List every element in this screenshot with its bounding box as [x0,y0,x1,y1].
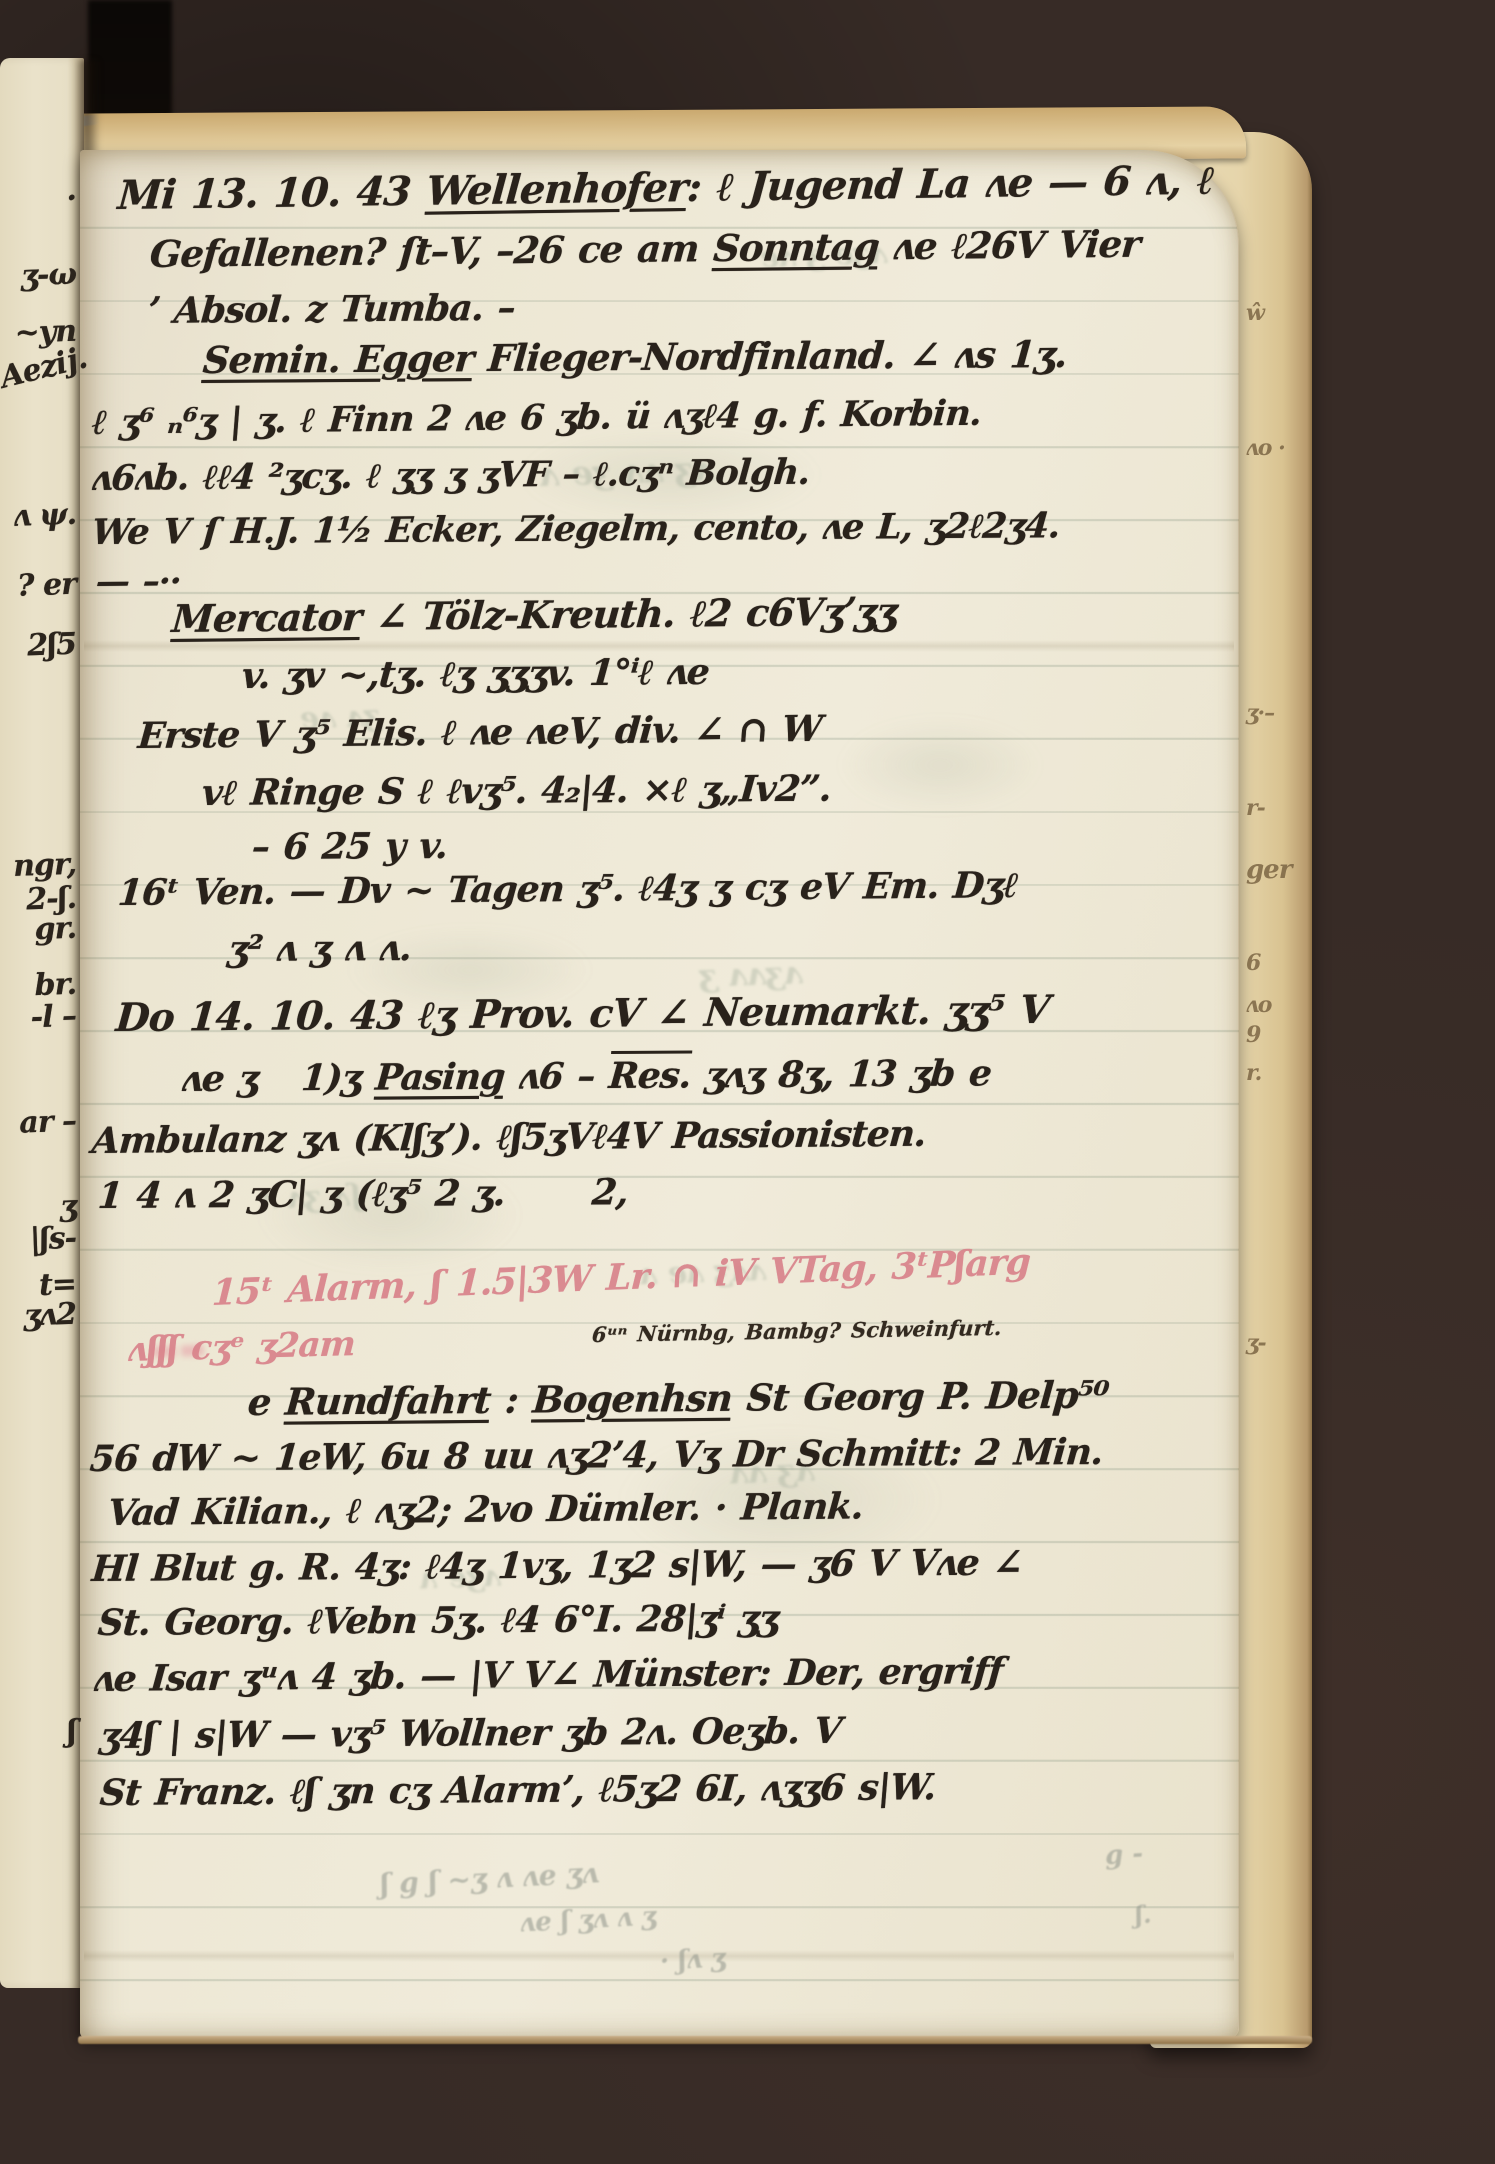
handwriting-segment: Bogenhsn [531,1376,734,1422]
handwriting-segment: Semin. Egger [201,336,475,382]
handwriting-segment: ʒʌʒ 8ʒ, 13 ʒb e [689,1052,993,1096]
bleedthrough-mark: ʃ. [1134,1900,1152,1930]
handwriting-segment: Res. [607,1050,692,1097]
handwriting-segment: Rundfahrt [284,1378,492,1424]
page-edge-ink-mark: ʒ·– [1246,700,1274,726]
handwriting-segment: We V ſ H.J. 1½ Ecker, Ziegelm, cento, ʌe… [90,505,1061,553]
paper-stain [840,720,1040,810]
handwriting-line: — –·· [94,561,182,602]
page-edge-ink-mark: 9 [1246,1022,1260,1048]
handwriting-line: ʌ6ʌb. ℓℓ4 ²ʒcʒ. ℓ ʒʒ ʒ ʒVF – ℓ.cʒⁿ Bolgh… [90,452,811,499]
handwriting-segment: : [489,1378,535,1422]
handwriting-line: 16ᵗ Ven. — Dv ~ Tagen ʒ⁵. ℓ4ʒ ʒ cʒ eV Em… [116,864,1019,914]
handwriting-segment: Mercator [170,594,363,641]
page-edge-ink-mark: r- [1246,795,1265,821]
previous-page-text-fragment: 2ʃ5 [0,627,77,665]
handwriting-line: ʒ² ʌ ʒ ʌ ʌ. [226,927,413,970]
handwriting-segment: St Franz. ℓʃ ʒn cʒ Alarmʼ, ℓ5ʒ2 6I, ʌʒʒ6… [98,1766,937,1814]
page-edge-ink-mark: 6 [1246,950,1260,976]
previous-page-text-fragment: ar – [0,1104,77,1142]
handwriting-line: 1 4 ʌ 2 ʒC| ʒ (ℓʒ⁵ 2 ʒ. 2, [96,1171,629,1217]
previous-page-text-fragment: · [0,181,77,219]
handwriting-segment: Wellenhofer [425,164,689,215]
scanned-notebook-photo: ʌʒe ʒ ʌeʌʒ ʌʌ ʒe ʌʒʌ ʌeʌʒʌʌ ʒʃʌ ʒʌ ʌʌʌʒ … [0,0,1495,2164]
handwriting-line: 56 dW ~ 1eW, 6u 8 uu ʌʒ2ʼ4, Vʒ Dr Schmit… [88,1431,1104,1480]
handwriting-line: ʌe ʒ 1)ʒ Pasing ʌ6 – Res. ʒʌʒ 8ʒ, 13 ʒb … [180,1052,992,1100]
handwriting-line: St Franz. ℓʃ ʒn cʒ Alarmʼ, ℓ5ʒ2 6I, ʌʒʒ6… [98,1766,937,1814]
page-edge-ink-mark: ʒ- [1246,1330,1266,1356]
handwriting-line: ʒ4ʃ | s|W — vʒ⁵ Wollner ʒb 2ʌ. Oeʒb. V [98,1710,842,1757]
handwriting-segment: e [246,1380,287,1424]
handwriting-segment: 16ᵗ Ven. — Dv ~ Tagen ʒ⁵. ℓ4ʒ ʒ cʒ eV Em… [116,864,1019,914]
handwriting-segment: ʌe Isar ʒᵘʌ 4 ʒb. — |V V∠ Münster: Der, … [92,1650,1004,1700]
page-edge-ink-mark: ʌo [1246,992,1271,1018]
bleedthrough-mark: g - [1104,1839,1144,1871]
paper-crease [84,640,1234,652]
handwriting-line: ʼ Absol. z Tumba. – [146,287,516,332]
handwriting-segment: Flieger-Nordfinland. ∠ ʌs 1ʒ. [471,332,1068,380]
handwriting-line: We V ſ H.J. 1½ Ecker, Ziegelm, cento, ʌe… [90,505,1061,553]
handwriting-segment: St Georg P. Delp⁵⁰ [730,1372,1110,1419]
handwriting-segment: ʌ6 – [503,1055,611,1098]
handwriting-segment: Erste V ʒ⁵ Elis. ℓ ʌe ʌeV, div. ∠ ∩ W [136,708,823,757]
handwriting-line: vℓ Ringe S ℓ ℓvʒ⁵. 4₂|4. ×ℓ ʒ„Iv2”. [200,768,832,814]
handwriting-line: Do 14. 10. 43 ℓʒ Prov. cV ∠ Neumarkt. ʒʒ… [114,987,1051,1041]
handwriting-line: ʌʃʃʃ cʒᵉ ʒ2am [127,1324,356,1370]
handwriting-segment: Pasing [374,1056,506,1099]
handwriting-segment: Ambulanz ʒʌ (Klʃʒʼ). ℓʃ5ʒVℓ4V Passionist… [90,1113,927,1162]
previous-page-text-fragment: ʃ [0,1714,77,1752]
handwriting-segment: Hl Blut g. R. 4ʒ: ℓ4ʒ 1vʒ, 1ʒ2 s|W, — ʒ6… [90,1542,1024,1590]
handwriting-line: – 6 25 y v. [250,825,449,868]
handwriting-segment: 1 4 ʌ 2 ʒC| ʒ (ℓʒ⁵ 2 ʒ. 2, [96,1171,629,1217]
previous-page-text-fragment: ? er [0,567,77,605]
handwriting-line: St. Georg. ℓVebn 5ʒ. ℓ4 6°I. 28|ʒⁱ ʒʒ [96,1597,779,1644]
handwriting-segment: ʒ4ʃ | s|W — vʒ⁵ Wollner ʒb 2ʌ. Oeʒb. V [98,1710,842,1757]
handwriting-segment: Sonntag [712,224,881,270]
handwriting-segment: ʌ6ʌb. ℓℓ4 ²ʒcʒ. ℓ ʒʒ ʒ ʒVF – ℓ.cʒⁿ Bolgh… [90,452,811,499]
handwriting-line: Hl Blut g. R. 4ʒ: ℓ4ʒ 1vʒ, 1ʒ2 s|W, — ʒ6… [90,1542,1024,1590]
previous-page-text-fragment: ʌ ψ. [0,497,77,535]
handwriting-segment: 56 dW ~ 1eW, 6u 8 uu ʌʒ2ʼ4, Vʒ Dr Schmit… [88,1431,1104,1480]
handwriting-line: Mercator ∠ Tölz-Kreuth. ℓ2 c6Vʒʼʒʒ [170,588,898,642]
handwriting-segment: ∠ Tölz-Kreuth. ℓ2 c6Vʒʼʒʒ [359,588,898,639]
handwriting-segment: v. ʒv ~,tʒ. ℓʒ ʒʒʒv. 1°ⁱℓ ʌe [240,651,710,697]
handwriting-segment: vℓ Ringe S ℓ ℓvʒ⁵. 4₂|4. ×ℓ ʒ„Iv2”. [200,768,832,814]
handwriting-line: v. ʒv ~,tʒ. ℓʒ ʒʒʒv. 1°ⁱℓ ʌe [240,651,710,697]
handwriting-segment: Do 14. 10. 43 ℓʒ Prov. cV ∠ Neumarkt. ʒʒ… [114,987,1051,1041]
handwriting-segment: ʒ² ʌ ʒ ʌ ʌ. [226,927,413,970]
handwriting-line: Semin. Egger Flieger-Nordfinland. ∠ ʌs 1… [201,332,1068,382]
page-edge-ink-mark: ŵ [1246,300,1264,326]
handwriting-segment: St. Georg. ℓVebn 5ʒ. ℓ4 6°I. 28|ʒⁱ ʒʒ [96,1597,779,1644]
handwriting-segment: Mi 13. 10. 43 [116,168,428,219]
handwriting-segment: ʌe ʒ 1)ʒ [180,1057,377,1100]
previous-page-text-fragment: ʒ-ω [0,257,77,295]
page-edge-ink-mark: ʌo · [1246,435,1285,461]
handwriting-segment: : ℓ Jugend La ʌe — 6 ʌ, ℓ [685,157,1215,211]
previous-page-text-fragment: -l – [0,999,77,1037]
previous-page-text-fragment: |ʃs- [0,1221,77,1259]
handwriting-segment: ʌʃʃʃ cʒᵉ ʒ2am [127,1324,356,1370]
handwriting-line: ʌe Isar ʒᵘʌ 4 ʒb. — |V V∠ Münster: Der, … [92,1650,1004,1700]
handwriting-segment: ʼ Absol. z Tumba. – [146,287,516,332]
page-edge-ink-mark: r. [1246,1060,1261,1086]
handwriting-segment: – 6 25 y v. [250,825,449,868]
previous-page-text-fragment: ngr, [0,847,77,885]
previous-page-text-fragment: ʒʌ2 [0,1297,77,1335]
handwriting-line: e Rundfahrt : Bogenhsn St Georg P. Delp⁵… [246,1372,1110,1423]
handwriting-segment: ʌe ℓ26V Vier [877,222,1141,269]
handwriting-line: Vad Kilian., ℓ ʌʒ2; 2vo Dümler. · Plank. [106,1485,864,1534]
bleedthrough-mark: · ʃʌ ʒ [659,1943,726,1976]
handwriting-segment: Gefallenen? ſt–V, –26 ce am [148,226,715,276]
handwriting-segment: Vad Kilian., ℓ ʌʒ2; 2vo Dümler. · Plank. [106,1485,864,1534]
handwriting-line: Ambulanz ʒʌ (Klʃʒʼ). ℓʃ5ʒVℓ4V Passionist… [90,1113,927,1162]
handwriting-segment: — –·· [94,561,182,602]
handwriting-line: Erste V ʒ⁵ Elis. ℓ ʌe ʌeV, div. ∠ ∩ W [136,708,823,757]
previous-page-text-fragment: gr. [0,911,77,949]
page-edge-ink-mark: ger [1246,855,1291,885]
page-bottom-edge [78,2036,1312,2044]
